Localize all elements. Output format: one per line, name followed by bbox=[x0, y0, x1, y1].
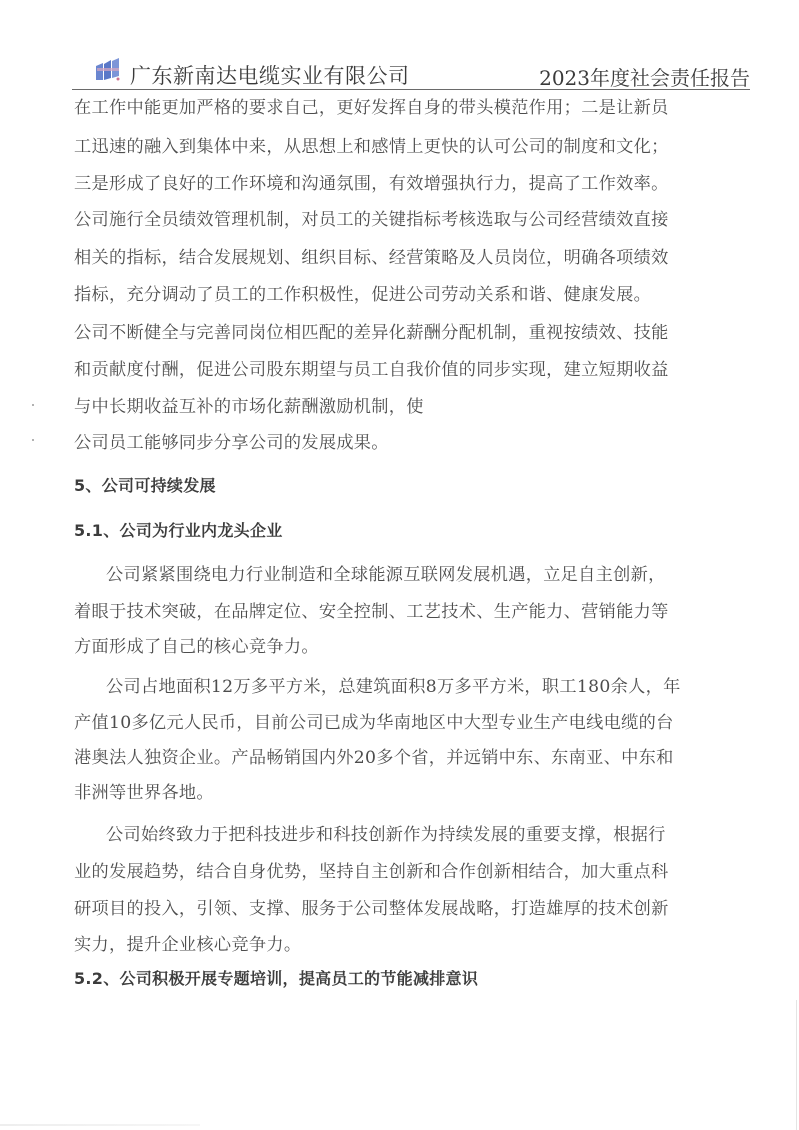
body-line: 相关的指标，结合发展规划、组织目标、经营策略及人员岗位，明确各项绩效 bbox=[74, 243, 669, 268]
body-line: 公司始终致力于把科技进步和科技创新作为持续发展的重要支撑，根据行 bbox=[106, 820, 666, 845]
body-line: 实力，提升企业核心竞争力。 bbox=[74, 930, 301, 955]
page-header: 广东新南达电缆实业有限公司 2023年度社会责任报告 bbox=[90, 56, 750, 90]
body-line: 产值10多亿元人民币，目前公司已成为华南地区中大型专业生产电线电缆的台 bbox=[74, 708, 674, 733]
margin-mark bbox=[32, 439, 34, 441]
document-page: 广东新南达电缆实业有限公司 2023年度社会责任报告 在工作中能更加严格的要求自… bbox=[0, 0, 799, 1130]
body-line: 港奥法人独资企业。产品畅销国内外20多个省，并远销中东、东南亚、中东和 bbox=[74, 743, 674, 768]
scan-edge bbox=[796, 1000, 797, 1130]
report-title: 2023年度社会责任报告 bbox=[539, 62, 750, 91]
section-heading: 5、公司可持续发展 bbox=[74, 473, 216, 496]
body-line: 指标，充分调动了员工的工作积极性，促进公司劳动关系和谐、健康发展。 bbox=[74, 280, 651, 305]
body-line: 着眼于技术突破，在品牌定位、安全控制、工艺技术、生产能力、营销能力等 bbox=[74, 597, 669, 622]
body-line: 工迅速的融入到集体中来，从思想上和感情上更快的认可公司的制度和文化； bbox=[74, 132, 669, 157]
body-line: 方面形成了自己的核心竞争力。 bbox=[74, 632, 319, 657]
scan-artifact bbox=[0, 1124, 200, 1126]
body-line: 公司员工能够同步分享公司的发展成果。 bbox=[74, 428, 389, 453]
body-line: 公司施行全员绩效管理机制，对员工的关键指标考核选取与公司经营绩效直接 bbox=[74, 205, 669, 230]
body-line: 与中长期收益互补的市场化薪酬激励机制，使 bbox=[74, 392, 424, 417]
company-name: 广东新南达电缆实业有限公司 bbox=[130, 60, 410, 90]
body-line: 三是形成了良好的工作环境和沟通氛围，有效增强执行力，提高了工作效率。 bbox=[74, 169, 669, 194]
body-line: 非洲等世界各地。 bbox=[74, 778, 214, 803]
body-line: 公司不断健全与完善同岗位相匹配的差异化薪酬分配机制，重视按绩效、技能 bbox=[74, 318, 669, 343]
body-line: 业的发展趋势，结合自身优势，坚持自主创新和合作创新相结合，加大重点科 bbox=[74, 857, 669, 882]
body-line: 公司占地面积12万多平方米，总建筑面积8万多平方米，职工180余人，年 bbox=[106, 672, 681, 697]
body-line: 公司紧紧围绕电力行业制造和全球能源互联网发展机遇，立足自主创新， bbox=[106, 560, 666, 585]
body-line: 研项目的投入，引领、支撑、服务于公司整体发展战略，打造雄厚的技术创新 bbox=[74, 894, 669, 919]
margin-mark bbox=[32, 404, 34, 406]
body-line: 和贡献度付酬，促进公司股东期望与员工自我价值的同步实现，建立短期收益 bbox=[74, 355, 669, 380]
subsection-heading: 5.1、公司为行业内龙头企业 bbox=[74, 518, 283, 541]
header-divider bbox=[72, 89, 750, 90]
company-logo-icon bbox=[94, 58, 122, 82]
body-line: 在工作中能更加严格的要求自己，更好发挥自身的带头模范作用；二是让新员 bbox=[74, 93, 669, 118]
subsection-heading: 5.2、公司积极开展专题培训，提高员工的节能减排意识 bbox=[74, 966, 478, 989]
